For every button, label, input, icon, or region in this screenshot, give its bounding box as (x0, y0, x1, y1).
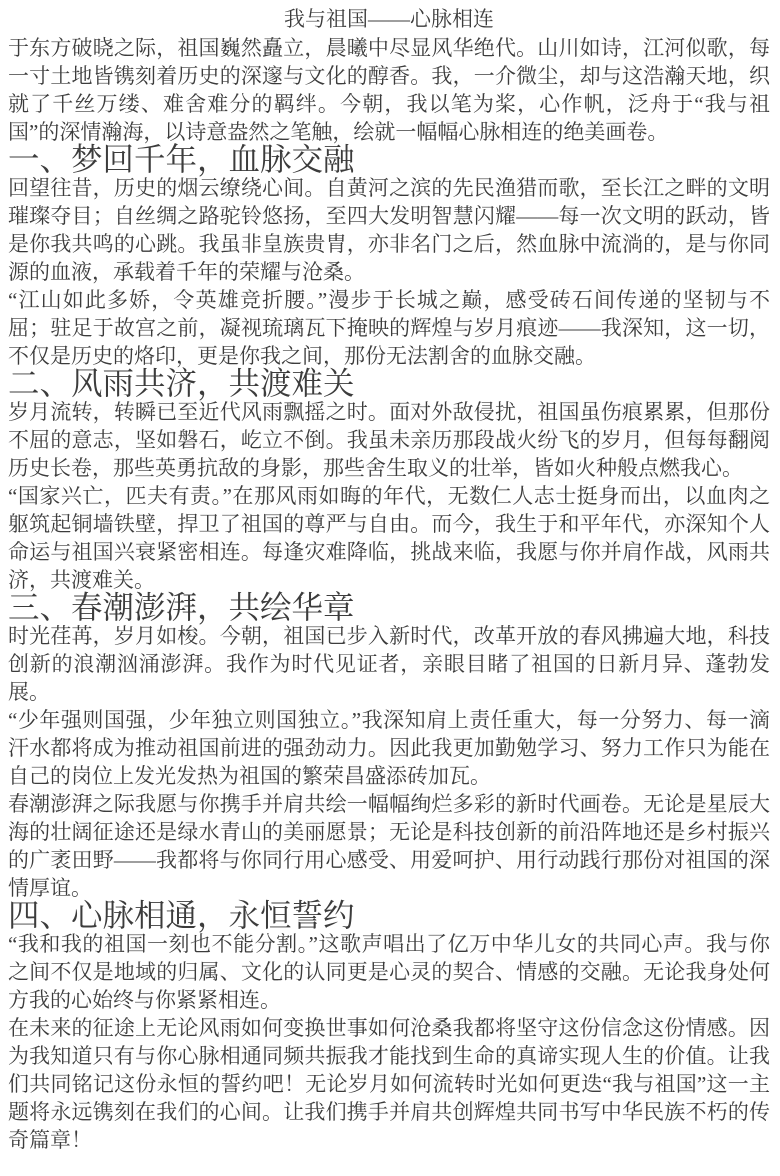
section-1-paragraph-1: 回望往昔，历史的烟云缭绕心间。自黄河之滨的先民渔猎而歌，至长江之畔的文明璀璨夺目… (8, 174, 770, 286)
section-4-paragraph-1: “我和我的祖国一刻也不能分割。”这歌声唱出了亿万中华儿女的共同心声。我与你之间不… (8, 930, 770, 1014)
section-3-heading: 三、春潮澎湃，共绘华章 (8, 594, 770, 622)
section-3-paragraph-2: “少年强则国强，少年独立则国独立。”我深知肩上责任重大，每一分努力、每一滴汗水都… (8, 706, 770, 790)
document-page: 我与祖国——心脉相连 于东方破晓之际，祖国巍然矗立，晨曦中尽显风华绝代。山川如诗… (0, 0, 780, 1176)
section-2-paragraph-1: 岁月流转，转瞬已至近代风雨飘摇之时。面对外敌侵扰，祖国虽伤痕累累，但那份不屈的意… (8, 398, 770, 482)
intro-paragraph: 于东方破晓之际，祖国巍然矗立，晨曦中尽显风华绝代。山川如诗，江河似歌，每一寸土地… (8, 34, 770, 146)
section-2: 二、风雨共济，共渡难关 岁月流转，转瞬已至近代风雨飘摇之时。面对外敌侵扰，祖国虽… (8, 370, 770, 594)
section-4-heading: 四、心脉相通，永恒誓约 (8, 902, 770, 930)
section-3-paragraph-3: 春潮澎湃之际我愿与你携手并肩共绘一幅幅绚烂多彩的新时代画卷。无论是星辰大海的壮阔… (8, 790, 770, 902)
section-1: 一、梦回千年，血脉交融 回望往昔，历史的烟云缭绕心间。自黄河之滨的先民渔猎而歌，… (8, 146, 770, 370)
section-4: 四、心脉相通，永恒誓约 “我和我的祖国一刻也不能分割。”这歌声唱出了亿万中华儿女… (8, 902, 770, 1154)
section-2-paragraph-2: “国家兴亡，匹夫有责。”在那风雨如晦的年代，无数仁人志士挺身而出，以血肉之躯筑起… (8, 482, 770, 594)
section-4-paragraph-2: 在未来的征途上无论风雨如何变换世事如何沧桑我都将坚守这份信念这份情感。因为我知道… (8, 1014, 770, 1154)
section-1-heading: 一、梦回千年，血脉交融 (8, 146, 770, 174)
section-3: 三、春潮澎湃，共绘华章 时光荏苒，岁月如梭。今朝，祖国已步入新时代，改革开放的春… (8, 594, 770, 902)
section-1-paragraph-2: “江山如此多娇，令英雄竞折腰。”漫步于长城之巅，感受砖石间传递的坚韧与不屈；驻足… (8, 286, 770, 370)
section-3-paragraph-1: 时光荏苒，岁月如梭。今朝，祖国已步入新时代，改革开放的春风拂遍大地，科技创新的浪… (8, 622, 770, 706)
section-2-heading: 二、风雨共济，共渡难关 (8, 370, 770, 398)
essay-title: 我与祖国——心脉相连 (8, 4, 770, 34)
